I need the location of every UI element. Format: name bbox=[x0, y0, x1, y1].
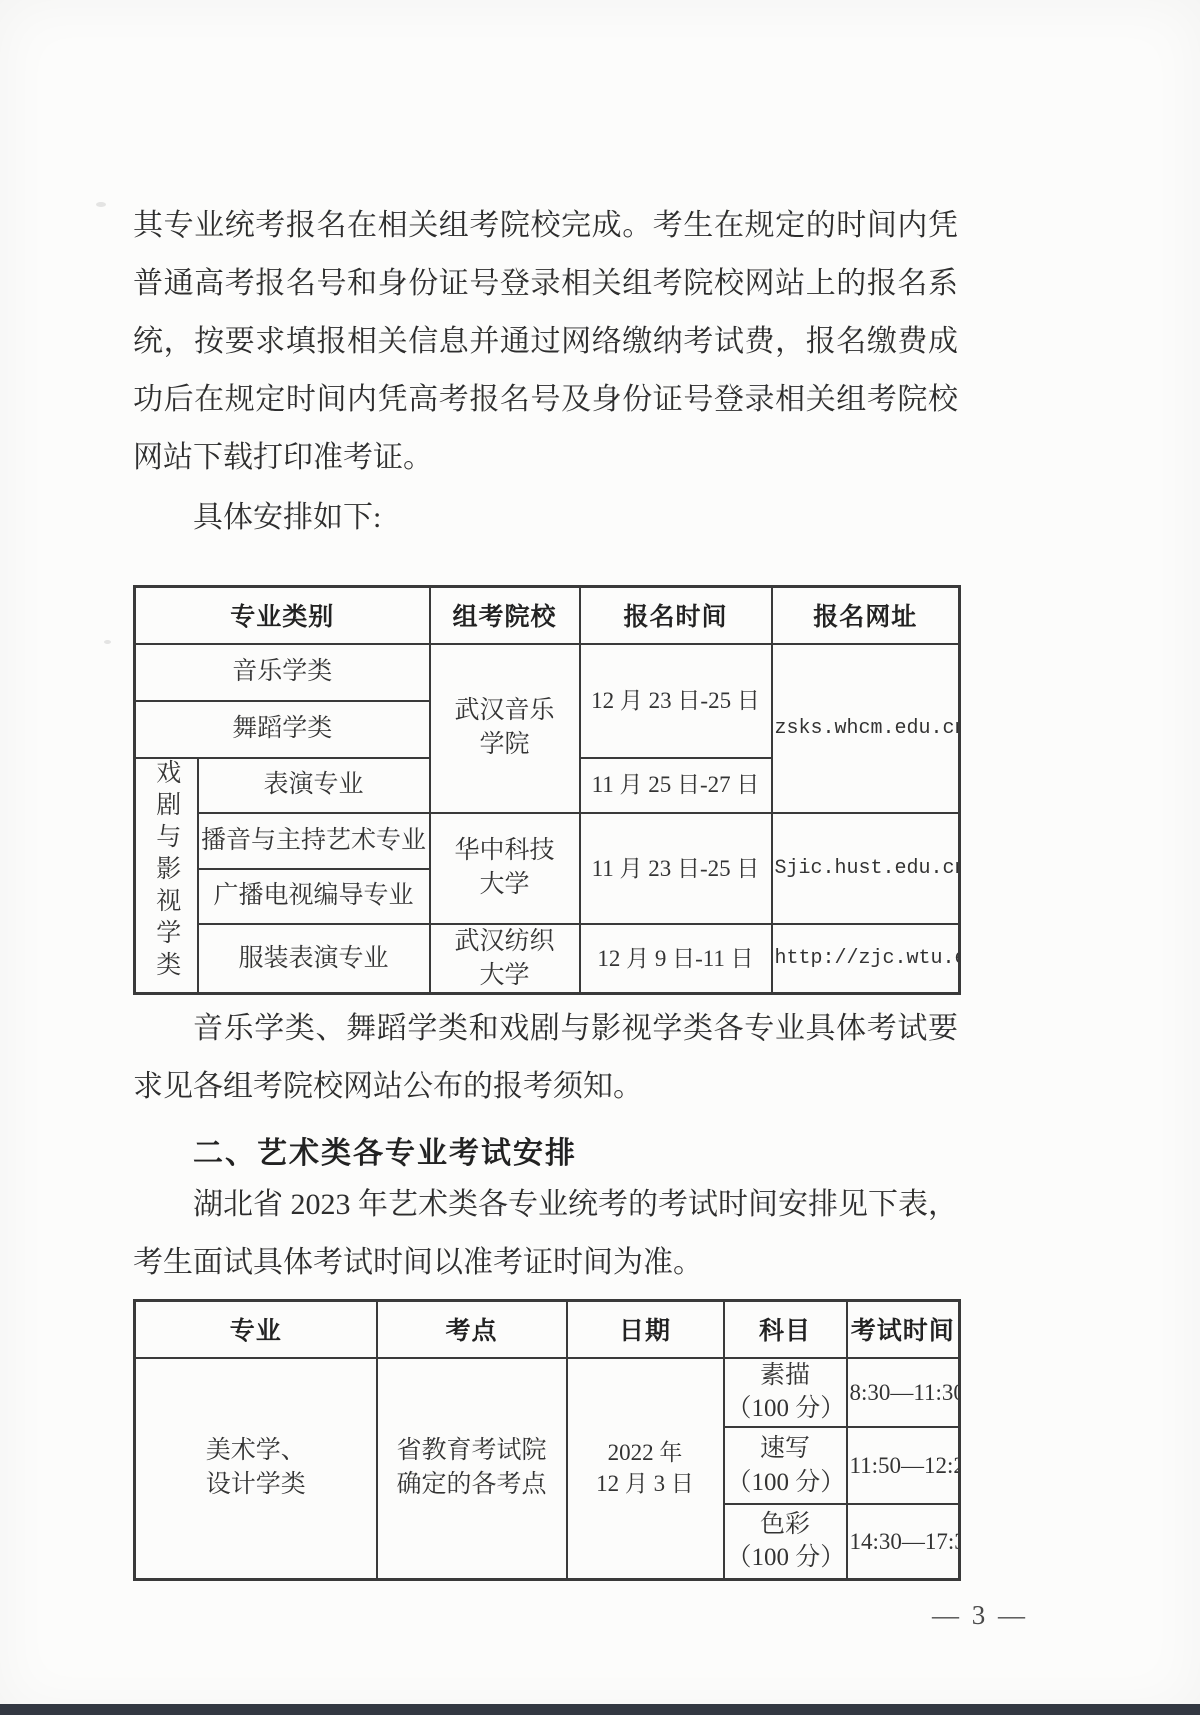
cell-time-color: 14:30—17:30 bbox=[847, 1504, 960, 1579]
paragraph-line: 统，按要求填报相关信息并通过网络缴纳考试费，报名缴费成 bbox=[133, 313, 958, 371]
cell-time-quicksketch: 11:50—12:20 bbox=[847, 1427, 960, 1504]
table-row: 音乐学类 武汉音乐 学院 12 月 23 日-25 日 zsks.whcm.ed… bbox=[135, 644, 960, 701]
paragraph-line: 求见各组考院校网站公布的报考须知。 bbox=[133, 1058, 958, 1116]
cell-time-dec9: 12 月 9 日-11 日 bbox=[580, 924, 772, 994]
col-header-major: 专业 bbox=[135, 1301, 377, 1358]
cell-time-nov25: 11 月 25 日-27 日 bbox=[580, 758, 772, 813]
cell-venue: 省教育考试院 确定的各考点 bbox=[377, 1358, 567, 1580]
cell-major: 美术学、 设计学类 bbox=[135, 1358, 377, 1580]
cell-tv-editing-major: 广播电视编导专业 bbox=[198, 869, 430, 924]
cell-time-sketch: 8:30—11:30 bbox=[847, 1358, 960, 1428]
col-header-exam-time: 考试时间 bbox=[847, 1301, 960, 1358]
cell-site-wtu: http://zjc.wtu.edu.cn/ bbox=[772, 924, 960, 994]
cell-wuhan-music-college: 武汉音乐 学院 bbox=[430, 644, 580, 813]
exam-timetable: 专业 考点 日期 科目 考试时间 美术学、 设计学类 省教育考试院 确定的各考点… bbox=[133, 1299, 961, 1581]
cell-fashion-major: 服装表演专业 bbox=[198, 924, 430, 994]
cell-performance-major: 表演专业 bbox=[198, 758, 430, 813]
paragraph-line: 普通高考报名号和身份证号登录相关组考院校网站上的报名系 bbox=[133, 255, 958, 313]
paragraph-line: 湖北省 2023 年艺术类各专业统考的考试时间安排见下表， bbox=[133, 1176, 958, 1234]
col-header-reg-site: 报名网址 bbox=[772, 587, 960, 644]
table-row: 服装表演专业 武汉纺织 大学 12 月 9 日-11 日 http://zjc.… bbox=[135, 924, 960, 994]
cell-dance-category: 舞蹈学类 bbox=[135, 701, 430, 758]
cell-subject-sketch: 素描 （100 分） bbox=[724, 1358, 847, 1428]
paragraph-line: 网站下载打印准考证。 bbox=[133, 429, 958, 487]
col-header-reg-time: 报名时间 bbox=[580, 587, 772, 644]
col-header-venue: 考点 bbox=[377, 1301, 567, 1358]
arrangement-lead: 具体安排如下: bbox=[193, 489, 381, 547]
table-row: 美术学、 设计学类 省教育考试院 确定的各考点 2022 年 12 月 3 日 … bbox=[135, 1358, 960, 1428]
cell-site-hust: Sjic.hust.edu.cn bbox=[772, 813, 960, 924]
table-header-row: 专业类别 组考院校 报名时间 报名网址 bbox=[135, 587, 960, 644]
scan-blemish bbox=[104, 640, 111, 644]
section-heading: 二、艺术类各专业考试安排 bbox=[193, 1128, 577, 1172]
paragraph-line: 考生面试具体考试时间以准考证时间为准。 bbox=[133, 1234, 958, 1292]
paragraph-line: 其专业统考报名在相关组考院校完成。考生在规定的时间内凭 bbox=[133, 197, 958, 255]
cell-broadcast-major: 播音与主持艺术专业 bbox=[198, 813, 430, 869]
cell-subject-color: 色彩 （100 分） bbox=[724, 1504, 847, 1579]
scanned-document-page: 其专业统考报名在相关组考院校完成。考生在规定的时间内凭 普通高考报名号和身份证号… bbox=[0, 0, 1200, 1715]
table-header-row: 专业 考点 日期 科目 考试时间 bbox=[135, 1301, 960, 1358]
exam-schedule-paragraph: 湖北省 2023 年艺术类各专业统考的考试时间安排见下表， 考生面试具体考试时间… bbox=[133, 1176, 958, 1292]
scan-blemish bbox=[96, 202, 106, 207]
cell-site-whcm: zsks.whcm.edu.cn bbox=[772, 644, 960, 813]
cell-hust-university: 华中科技 大学 bbox=[430, 813, 580, 924]
paragraph-line: 音乐学类、舞蹈学类和戏剧与影视学类各专业具体考试要 bbox=[133, 1000, 958, 1058]
table-row: 播音与主持艺术专业 华中科技 大学 11 月 23 日-25 日 Sjic.hu… bbox=[135, 813, 960, 869]
paragraph-line: 功后在规定时间内凭高考报名号及身份证号登录相关组考院校 bbox=[133, 371, 958, 429]
cell-wtu-university: 武汉纺织 大学 bbox=[430, 924, 580, 994]
col-header-subject: 科目 bbox=[724, 1301, 847, 1358]
page-number: — 3 — bbox=[880, 1600, 1080, 1631]
col-header-institution: 组考院校 bbox=[430, 587, 580, 644]
cell-subject-quicksketch: 速写 （100 分） bbox=[724, 1427, 847, 1504]
intro-paragraph: 其专业统考报名在相关组考院校完成。考生在规定的时间内凭 普通高考报名号和身份证号… bbox=[133, 197, 958, 487]
notes-paragraph: 音乐学类、舞蹈学类和戏剧与影视学类各专业具体考试要 求见各组考院校网站公布的报考… bbox=[133, 1000, 958, 1116]
scan-edge-artifact bbox=[0, 1704, 1200, 1715]
col-header-date: 日期 bbox=[567, 1301, 724, 1358]
col-header-category: 专业类别 bbox=[135, 587, 430, 644]
cell-time-dec23: 12 月 23 日-25 日 bbox=[580, 644, 772, 758]
cell-music-category: 音乐学类 bbox=[135, 644, 430, 701]
cell-drama-group: 戏剧与影视学类 bbox=[135, 758, 198, 994]
cell-date: 2022 年 12 月 3 日 bbox=[567, 1358, 724, 1580]
drama-group-vertical-label: 戏剧与影视学类 bbox=[154, 759, 179, 983]
registration-table: 专业类别 组考院校 报名时间 报名网址 音乐学类 武汉音乐 学院 12 月 23… bbox=[133, 585, 961, 995]
cell-time-nov23: 11 月 23 日-25 日 bbox=[580, 813, 772, 924]
